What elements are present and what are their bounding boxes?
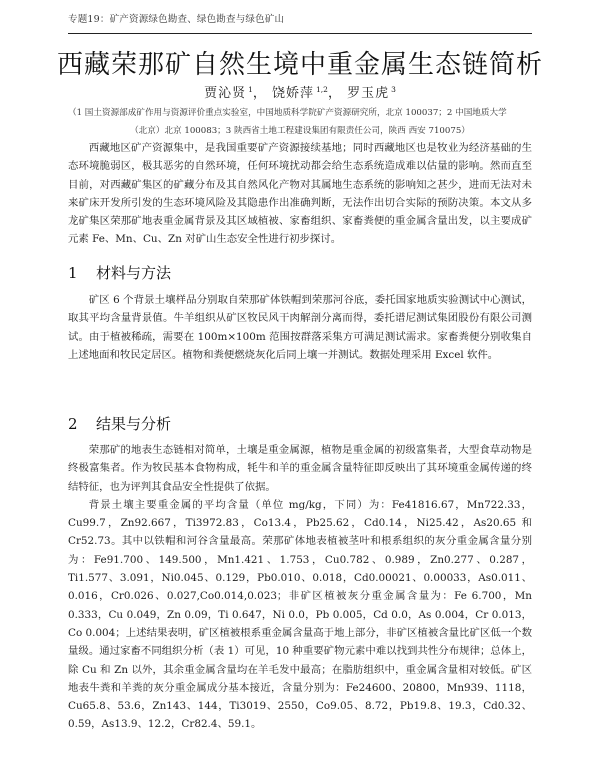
intro-paragraph-block: 西藏地区矿产资源集中，是我国重要矿产资源接续基地；同时西藏地区也是牧业为经济基础… <box>68 139 532 249</box>
author-name: 贾沁贤 <box>204 86 246 101</box>
author-separator: ， <box>253 86 267 101</box>
section-body-materials-methods: 矿区 6 个背景土壤样品分别取自荣那矿体铁帽到荣那河谷底，委托国家地质实验测试中… <box>68 291 532 364</box>
author-name: 饶娇萍 <box>272 86 314 101</box>
section-number: 1 <box>68 264 96 282</box>
section-heading-results-analysis: 2结果与分析 <box>68 413 171 434</box>
affiliations-line-1: （1 国土资源部成矿作用与资源评价重点实验室，中国地质科学院矿产资源研究所，北京… <box>68 106 532 118</box>
paper-title: 西藏荣那矿自然生境中重金属生态链简析 <box>0 44 600 81</box>
body-paragraph: 荣那矿的地表生态链相对简单，土壤是重金属源，植物是重金属的初级富集者，大型食草动… <box>68 441 532 496</box>
section-number: 2 <box>68 415 96 433</box>
header-rule <box>68 33 532 34</box>
running-header: 专题19：矿产资源绿色勘查、绿色勘查与绿色矿山 <box>68 11 284 25</box>
section-title: 结果与分析 <box>96 415 171 433</box>
section-title: 材料与方法 <box>96 264 171 282</box>
author-name: 罗玉虎 <box>347 86 389 101</box>
author-list: 贾沁贤1， 饶娇萍1,2， 罗玉虎3 <box>0 82 600 101</box>
author-affiliation-mark: 1,2 <box>316 85 328 94</box>
paper-page: 专题19：矿产资源绿色勘查、绿色勘查与绿色矿山 西藏荣那矿自然生境中重金属生态链… <box>0 0 600 769</box>
author-affiliation-mark: 3 <box>391 85 396 94</box>
body-paragraph: 背景土壤主要重金属的平均含量（单位 mg/kg，下同）为：Fe41816.67，… <box>68 496 532 734</box>
body-paragraph: 矿区 6 个背景土壤样品分别取自荣那矿体铁帽到荣那河谷底，委托国家地质实验测试中… <box>68 291 532 364</box>
author-separator: ， <box>328 86 342 101</box>
intro-paragraph: 西藏地区矿产资源集中，是我国重要矿产资源接续基地；同时西藏地区也是牧业为经济基础… <box>68 139 532 249</box>
affiliations-line-2: （北京）北京 100083；3 陕西省土地工程建设集团有限责任公司，陕西 西安 … <box>68 124 532 136</box>
section-body-results-analysis: 荣那矿的地表生态链相对简单，土壤是重金属源，植物是重金属的初级富集者，大型食草动… <box>68 441 532 734</box>
section-heading-materials-methods: 1材料与方法 <box>68 262 171 283</box>
